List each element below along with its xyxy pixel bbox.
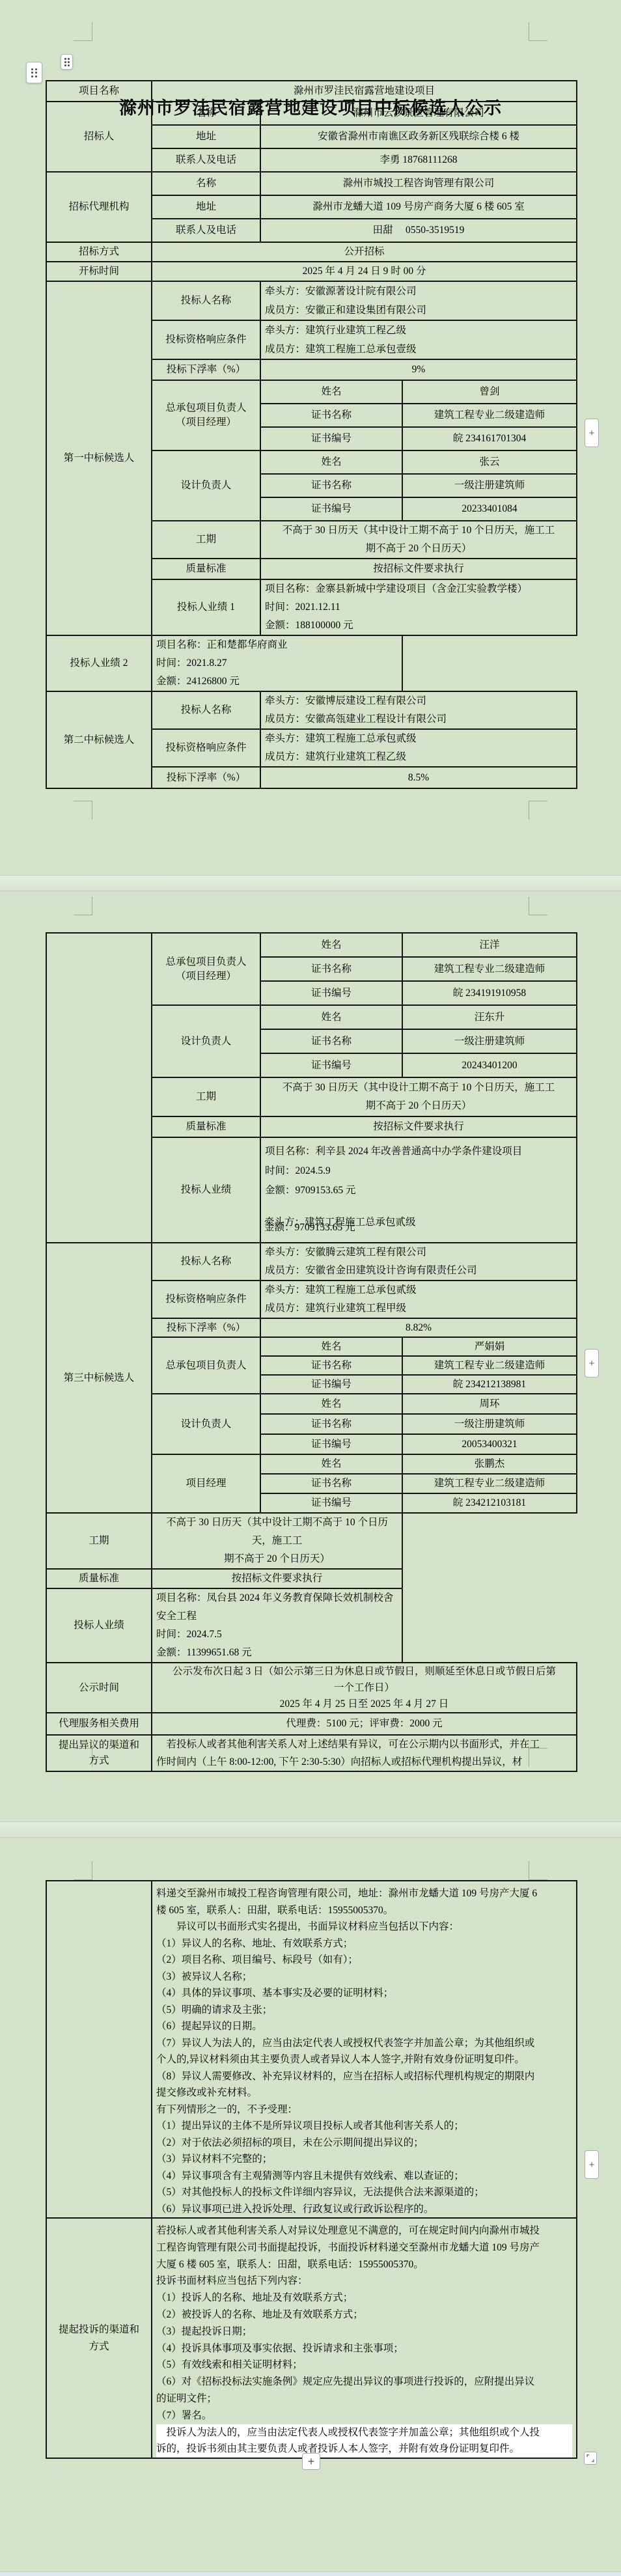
table-row: 总承包项目负责人 （项目经理）姓名汪洋 xyxy=(46,933,577,957)
table-cell: 总承包项目负责人 xyxy=(152,1337,260,1394)
table-cell: 皖 234161701304 xyxy=(402,427,577,450)
table-row: 提出异议的渠道和 方式 若投标人或者其他利害关系人对上述结果有异议，可在公示期内… xyxy=(46,1735,577,1771)
table-cell: 建筑工程专业二级建造师 xyxy=(402,957,577,981)
table-cell: 投标人名称 xyxy=(152,1243,260,1281)
table-cell: 牵头方：建筑工程施工总承包贰级 成员方：建筑行业建筑工程乙级 xyxy=(260,729,577,767)
insert-row-button[interactable]: + xyxy=(585,419,599,447)
insert-row-button[interactable]: + xyxy=(585,1349,599,1378)
table-cell: 证书编号 xyxy=(260,981,402,1005)
table-cell: 证书编号 xyxy=(260,1053,402,1077)
table-cell: 皖 234212138981 xyxy=(402,1375,577,1394)
margin-crop-mark xyxy=(74,801,92,820)
bottom-scroll-strip[interactable] xyxy=(0,2571,621,2576)
table-cell: 按招标文件要求执行 xyxy=(260,559,577,579)
table-cell: 牵头方：安徽博辰建设工程有限公司 成员方：安徽高瓴建业工程设计有限公司 xyxy=(260,691,577,729)
insert-row-button[interactable]: + xyxy=(585,2150,599,2179)
table-cell: 不高于 30 日历天（其中设计工期不高于 10 个日历天，施工工 期不高于 20… xyxy=(260,1077,577,1116)
table-cell: 项目名称：正和楚都华府商业 时间：2021.8.27 金额：24126800 元 xyxy=(152,635,402,691)
announcement-table-page-2: 总承包项目负责人 （项目经理）姓名汪洋证书名称建筑工程专业二级建造师证书编号皖 … xyxy=(46,932,577,1772)
table-cell: 证书名称 xyxy=(260,1414,402,1434)
table-cell: 若投标人或者其他利害关系人对上述结果有异议，可在公示期内以书面形式，并在工 作时… xyxy=(152,1735,577,1771)
expand-view-button[interactable] xyxy=(584,2452,597,2465)
table-cell: 姓名 xyxy=(260,933,402,957)
table-cell: 汪洋 xyxy=(402,933,577,957)
table-cell: 证书名称 xyxy=(260,1356,402,1375)
table-cell: 建筑工程专业二级建造师 xyxy=(402,1474,577,1493)
table-cell: 证书编号 xyxy=(260,427,402,450)
table-cell: 按招标文件要求执行 xyxy=(260,1116,577,1137)
table-cell: 一级注册建筑师 xyxy=(402,1029,577,1053)
table-cell: 提起投诉的渠道和 方式 xyxy=(46,2218,152,2458)
table-cell: 证书名称 xyxy=(260,474,402,497)
table-cell: 名称 xyxy=(152,172,260,195)
table-cell: 投标人名称 xyxy=(152,281,260,320)
table-cell: 滁州市城投工程咨询管理有限公司 xyxy=(260,172,577,195)
margin-crop-mark xyxy=(529,1861,547,1880)
table-row: 公示时间公示发布次日起 3 日（如公示第三日为休息日或节假日，则顺延至休息日或节… xyxy=(46,1663,577,1713)
table-drag-handle-icon[interactable] xyxy=(26,62,42,83)
table-cell: 联系人及电话 xyxy=(152,148,260,172)
table-cell: 项目名称：凤台县 2024 年义务教育保障长效机制校舍安全工程 时间：2024.… xyxy=(152,1588,402,1663)
document-viewer: 滁州市罗洼民宿露营地建设项目中标候选人公示 项目名称滁州市罗洼民宿露营地建设项目… xyxy=(0,0,621,2576)
table-cell: 设计负责人 xyxy=(152,450,260,521)
table-cell: 2025 年 4 月 24 日 9 时 00 分 xyxy=(152,262,577,281)
table-cell: 姓名 xyxy=(260,1394,402,1414)
plus-icon: + xyxy=(589,2159,595,2170)
table-cell: 按招标文件要求执行 xyxy=(152,1569,402,1588)
table-cell: 证书名称 xyxy=(260,404,402,427)
table-row: 招标人名称滁州市云汐景区管理有限公司 xyxy=(46,102,577,125)
table-cell: 总承包项目负责人 （项目经理） xyxy=(152,933,260,1005)
table-cell: 地址 xyxy=(152,125,260,148)
table-cell: 8.5% xyxy=(260,767,577,788)
margin-crop-mark xyxy=(74,1861,92,1880)
table-cell: 公示发布次日起 3 日（如公示第三日为休息日或节假日，则顺延至休息日或节假日后第… xyxy=(152,1663,577,1713)
table-cell: 9% xyxy=(260,359,577,380)
table-cell: 皖 234212103181 xyxy=(402,1493,577,1513)
table-cell: 姓名 xyxy=(260,450,402,474)
table-cell: 设计负责人 xyxy=(152,1005,260,1077)
table-cell: 投标资格响应条件 xyxy=(152,1281,260,1318)
margin-crop-mark xyxy=(529,896,547,915)
table-cell: 证书编号 xyxy=(260,1434,402,1454)
table-row: 开标时间2025 年 4 月 24 日 9 时 00 分 xyxy=(46,262,577,281)
table-cell: 牵头方：建筑工程施工总承包贰级 成员方：建筑行业建筑工程甲级 xyxy=(260,1281,577,1318)
page-break-gap xyxy=(0,1821,621,1838)
table-cell: 地址 xyxy=(152,195,260,219)
table-cell: 招标方式 xyxy=(46,242,152,262)
table-cell: 工期 xyxy=(152,1077,260,1116)
table-cell: 滁州市龙蟠大道 109 号房产商务大厦 6 楼 605 室 xyxy=(260,195,577,219)
table-row: 投标人业绩 2项目名称：正和楚都华府商业 时间：2021.8.27 金额：241… xyxy=(46,635,577,691)
table-cell: 20233401084 xyxy=(402,497,577,521)
table-cell: 投标人名称 xyxy=(152,691,260,729)
margin-crop-mark xyxy=(74,22,92,41)
table-cell: 姓名 xyxy=(260,1337,402,1356)
table-cell: 一级注册建筑师 xyxy=(402,1414,577,1434)
table-cell: 公示时间 xyxy=(46,1663,152,1713)
table-row: 代理服务相关费用代理费：5100 元；评审费：2000 元 xyxy=(46,1713,577,1735)
table-cell xyxy=(46,933,152,1243)
announcement-table-page-3: 料递交至滁州市城投工程咨询管理有限公司，地址：滁州市龙蟠大道 109 号房产大厦… xyxy=(46,1880,577,2459)
table-cell: 8.82% xyxy=(260,1318,577,1337)
table-cell: 公开招标 xyxy=(152,242,577,262)
add-content-button[interactable]: + xyxy=(302,2453,320,2470)
table-cell: 严娟娟 xyxy=(402,1337,577,1356)
table-cell: 周环 xyxy=(402,1394,577,1414)
table-cell: 不高于 30 日历天（其中设计工期不高于 10 个日历天，施工工 期不高于 20… xyxy=(260,521,577,559)
table-cell: 投标资格响应条件 xyxy=(152,729,260,767)
table-cell: 汪东升 xyxy=(402,1005,577,1029)
table-cell: 若投标人或者其他利害关系人对异议处理意见不满意的，可在规定时间内向滁州市城投 工… xyxy=(152,2218,577,2458)
table-row: 投标人业绩项目名称：凤台县 2024 年义务教育保障长效机制校舍安全工程 时间：… xyxy=(46,1588,577,1663)
table-cell: 一级注册建筑师 xyxy=(402,474,577,497)
table-row: 提起投诉的渠道和 方式若投标人或者其他利害关系人对异议处理意见不满意的，可在规定… xyxy=(46,2218,577,2458)
table-cell: 项目名称 xyxy=(46,81,152,102)
table-cell: 投标人业绩 2 xyxy=(46,635,152,691)
selected-text-highlight: 投诉人为法人的，应当由法定代表人或授权代表签字并加盖公章；其他组织或个人投 诉的… xyxy=(156,2424,572,2458)
table-cell: 建筑工程专业二级建造师 xyxy=(402,1356,577,1375)
table-cell: 总承包项目负责人 （项目经理） xyxy=(152,380,260,450)
table-cell: 安徽省滁州市南谯区政务新区残联综合楼 6 楼 xyxy=(260,125,577,148)
table-cell: 张鹏杰 xyxy=(402,1454,577,1474)
table-row: 质量标准按招标文件要求执行 xyxy=(46,1569,577,1588)
table-cell: 质量标准 xyxy=(46,1569,152,1588)
table-cell: 代理服务相关费用 xyxy=(46,1713,152,1735)
table-cell: 牵头方：安徽腾云建筑工程有限公司 成员方：安徽省金田建筑设计咨询有限责任公司 xyxy=(260,1243,577,1281)
plus-icon: + xyxy=(589,428,595,439)
table-row: 项目名称滁州市罗洼民宿露营地建设项目 xyxy=(46,81,577,102)
table-cell: 曾剑 xyxy=(402,380,577,404)
table-row: 招标方式公开招标 xyxy=(46,242,577,262)
table-cell: 姓名 xyxy=(260,1005,402,1029)
table-row: 第一中标候选人投标人名称牵头方：安徽源著设计院有限公司 成员方：安徽正和建设集团… xyxy=(46,281,577,320)
margin-crop-mark xyxy=(529,22,547,41)
table-cell: 田甜 0550-3519519 xyxy=(260,219,577,242)
table-cell: 证书编号 xyxy=(260,1493,402,1513)
table-cell: 第二中标候选人 xyxy=(46,691,152,788)
table-cell: 20053400321 xyxy=(402,1434,577,1454)
table-cell: 姓名 xyxy=(260,380,402,404)
table-cell: 招标人 xyxy=(46,102,152,172)
announcement-table-page-1: 项目名称滁州市罗洼民宿露营地建设项目招标人名称滁州市云汐景区管理有限公司地址安徽… xyxy=(46,80,577,789)
table-cell: 投标人业绩 xyxy=(152,1137,260,1243)
table-cell: 第一中标候选人 xyxy=(46,281,152,635)
table-cell: 投标下浮率（%） xyxy=(152,767,260,788)
table-cell: 项目经理 xyxy=(152,1454,260,1513)
table-cell: 名称 xyxy=(152,102,260,125)
table-cell: 工期 xyxy=(46,1513,152,1569)
expand-corners-icon xyxy=(586,2454,594,2462)
table-cell: 第三中标候选人 xyxy=(46,1243,152,1513)
table-cell: 牵头方：建筑行业建筑工程乙级 成员方：建筑工程施工总承包壹级 xyxy=(260,320,577,359)
table-cell: 代理费：5100 元；评审费：2000 元 xyxy=(152,1713,577,1735)
table-cell: 证书名称 xyxy=(260,957,402,981)
table-cell: 投标人业绩 xyxy=(46,1588,152,1663)
table-cell: 李勇 18768111268 xyxy=(260,148,577,172)
table-row: 第三中标候选人投标人名称牵头方：安徽腾云建筑工程有限公司 成员方：安徽省金田建筑… xyxy=(46,1243,577,1281)
page-break-gap xyxy=(0,875,621,891)
table-cell: 不高于 30 日历天（其中设计工期不高于 10 个日历天，施工工 期不高于 20… xyxy=(152,1513,402,1569)
table-cell: 证书名称 xyxy=(260,1474,402,1493)
table-row: 料递交至滁州市城投工程咨询管理有限公司，地址：滁州市龙蟠大道 109 号房产大厦… xyxy=(46,1881,577,2218)
table-cell: 20243401200 xyxy=(402,1053,577,1077)
table-cell: 投标下浮率（%） xyxy=(152,359,260,380)
table-cell: 项目名称：金寨县新城中学建设项目（含金江实验教学楼） 时间：2021.12.11… xyxy=(260,579,577,635)
table-cell: 牵头方：安徽源著设计院有限公司 成员方：安徽正和建设集团有限公司 xyxy=(260,281,577,320)
plus-icon: + xyxy=(308,2455,315,2469)
table-cell: 滁州市罗洼民宿露营地建设项目 xyxy=(152,81,577,102)
margin-crop-mark xyxy=(74,896,92,915)
table-cell: 证书名称 xyxy=(260,1029,402,1053)
render-glitch-text: 金额：9709153.65 元 xyxy=(264,1222,355,1234)
margin-crop-mark xyxy=(529,801,547,820)
table-cell: 建筑工程专业二级建造师 xyxy=(402,404,577,427)
plus-icon: + xyxy=(589,1358,595,1369)
table-cell: 投标资格响应条件 xyxy=(152,320,260,359)
paragraph-drag-handle-icon[interactable] xyxy=(61,54,73,70)
table-row: 第二中标候选人投标人名称牵头方：安徽博辰建设工程有限公司 成员方：安徽高瓴建业工… xyxy=(46,691,577,729)
table-cell: 滁州市云汐景区管理有限公司 xyxy=(260,102,577,125)
table-cell: 皖 234191910958 xyxy=(402,981,577,1005)
table-cell: 张云 xyxy=(402,450,577,474)
table-cell: 质量标准 xyxy=(152,559,260,579)
table-cell: 开标时间 xyxy=(46,262,152,281)
table-cell xyxy=(46,1881,152,2218)
table-cell: 联系人及电话 xyxy=(152,219,260,242)
table-cell: 工期 xyxy=(152,521,260,559)
table-cell: 料递交至滁州市城投工程咨询管理有限公司，地址：滁州市龙蟠大道 109 号房产大厦… xyxy=(152,1881,577,2218)
table-cell: 设计负责人 xyxy=(152,1394,260,1454)
table-cell: 质量标准 xyxy=(152,1116,260,1137)
table-cell: 提出异议的渠道和 方式 xyxy=(46,1735,152,1771)
table-cell: 证书编号 xyxy=(260,1375,402,1394)
table-cell: 招标代理机构 xyxy=(46,172,152,242)
table-cell: 证书编号 xyxy=(260,497,402,521)
table-cell: 投标人业绩 1 xyxy=(152,579,260,635)
table-cell: 姓名 xyxy=(260,1454,402,1474)
table-row: 工期不高于 30 日历天（其中设计工期不高于 10 个日历天，施工工 期不高于 … xyxy=(46,1513,577,1569)
table-cell: 投标下浮率（%） xyxy=(152,1318,260,1337)
table-row: 招标代理机构名称滁州市城投工程咨询管理有限公司 xyxy=(46,172,577,195)
